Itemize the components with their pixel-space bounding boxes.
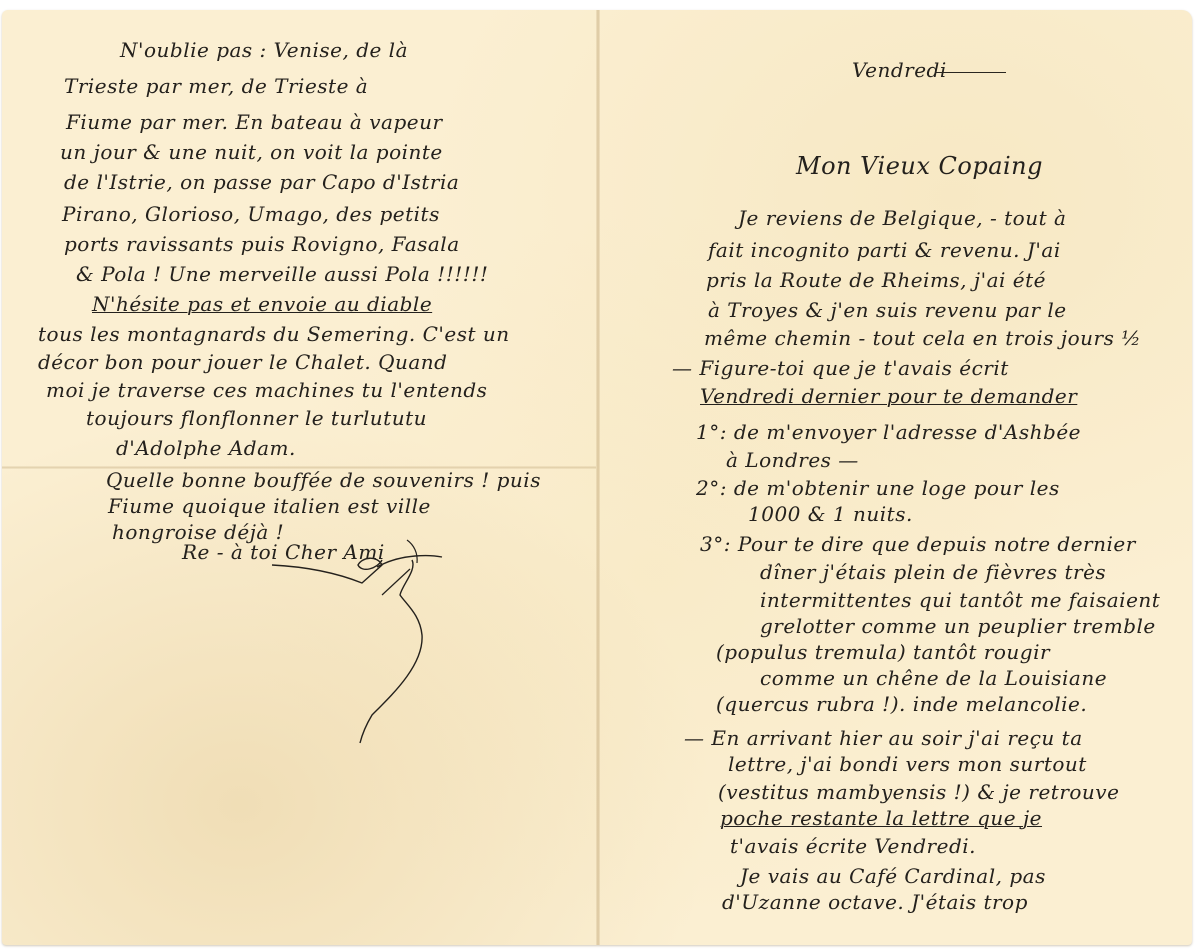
- left-line-10: tous les montagnards du Semering. C'est …: [38, 322, 510, 346]
- left-line-14: d'Adolphe Adam.: [116, 436, 296, 460]
- left-line-4: un jour & une nuit, on voit la pointe: [60, 140, 443, 164]
- left-page: N'oublie pas : Venise, de là Trieste par…: [2, 10, 596, 945]
- right-line-14: intermittentes qui tantôt me faisaient: [760, 588, 1160, 612]
- right-line-21: (vestitus mambyensis !) & je retrouve: [718, 780, 1119, 804]
- left-line-13: toujours flonflonner le turlututu: [86, 406, 427, 430]
- right-line-16: (populus tremula) tantôt rougir: [716, 640, 1050, 664]
- left-line-2: Trieste par mer, de Trieste à: [64, 74, 368, 98]
- right-line-25: d'Uzanne octave. J'étais trop: [722, 890, 1028, 914]
- signature-flourish: [262, 535, 502, 745]
- right-line-22: poche restante la lettre que je: [720, 806, 1042, 830]
- salutation: Mon Vieux Copaing: [796, 152, 1043, 180]
- left-line-7: ports ravissants puis Rovigno, Fasala: [64, 232, 460, 256]
- left-line-1: N'oublie pas : Venise, de là: [120, 38, 408, 62]
- right-line-23: t'avais écrite Vendredi.: [730, 834, 976, 858]
- left-line-9: N'hésite pas et envoie au diable: [92, 292, 432, 316]
- right-line-9: à Londres —: [726, 448, 859, 472]
- right-line-24: Je vais au Café Cardinal, pas: [740, 864, 1046, 888]
- right-line-8: 1°: de m'envoyer l'adresse d'Ashbée: [696, 420, 1081, 444]
- left-line-16: Fiume quoique italien est ville: [108, 494, 431, 518]
- right-line-17: comme un chêne de la Louisiane: [760, 666, 1107, 690]
- right-line-10: 2°: de m'obtenir une loge pour les: [696, 476, 1060, 500]
- left-line-12: moi je traverse ces machines tu l'entend…: [46, 378, 487, 402]
- right-page: Vendredi Mon Vieux Copaing Je reviens de…: [600, 10, 1192, 945]
- right-line-7: Vendredi dernier pour te demander: [700, 384, 1077, 408]
- left-line-5: de l'Istrie, on passe par Capo d'Istria: [64, 170, 459, 194]
- right-line-19: — En arrivant hier au soir j'ai reçu ta: [684, 726, 1083, 750]
- right-line-12: 3°: Pour te dire que depuis notre dernie…: [700, 532, 1136, 556]
- date-heading: Vendredi: [852, 58, 947, 82]
- right-line-15: grelotter comme un peuplier tremble: [760, 614, 1156, 638]
- left-line-6: Pirano, Glorioso, Umago, des petits: [62, 202, 440, 226]
- date-underline-stroke: [936, 72, 1006, 73]
- right-line-4: à Troyes & j'en suis revenu par le: [708, 298, 1067, 322]
- right-line-3: pris la Route de Rheims, j'ai été: [706, 268, 1046, 292]
- left-line-11: décor bon pour jouer le Chalet. Quand: [38, 350, 447, 374]
- right-line-2: fait incognito parti & revenu. J'ai: [708, 238, 1061, 262]
- right-line-20: lettre, j'ai bondi vers mon surtout: [728, 752, 1087, 776]
- right-line-11: 1000 & 1 nuits.: [748, 502, 913, 526]
- right-line-6: — Figure-toi que je t'avais écrit: [672, 356, 1009, 380]
- letter-sheet: N'oublie pas : Venise, de là Trieste par…: [2, 10, 1192, 945]
- left-line-15: Quelle bonne bouffée de souvenirs ! puis: [106, 468, 541, 492]
- left-line-8: & Pola ! Une merveille aussi Pola !!!!!!: [76, 262, 488, 286]
- right-line-5: même chemin - tout cela en trois jours ½: [704, 326, 1141, 350]
- right-line-18: (quercus rubra !). inde melancolie.: [716, 692, 1087, 716]
- left-line-3: Fiume par mer. En bateau à vapeur: [66, 110, 443, 134]
- right-line-1: Je reviens de Belgique, - tout à: [738, 206, 1066, 230]
- right-line-13: dîner j'étais plein de fièvres très: [760, 560, 1106, 584]
